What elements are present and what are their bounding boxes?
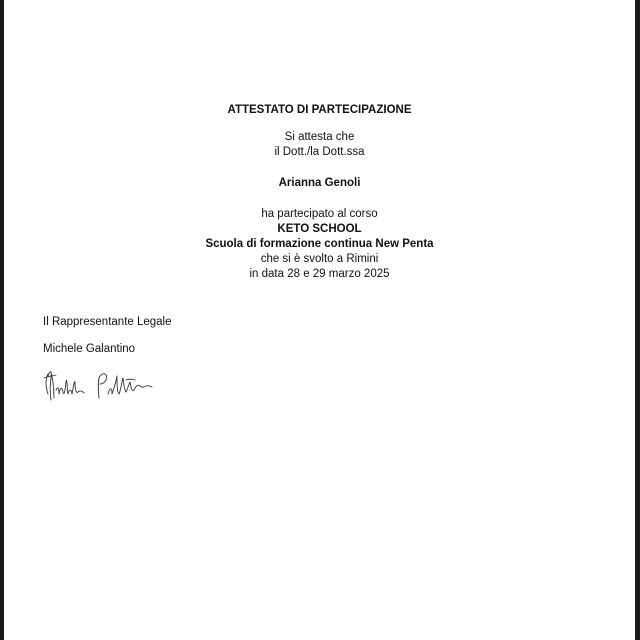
certificate-title: ATTESTATO DI PARTECIPAZIONE <box>4 103 635 118</box>
intro-line-2: il Dott./la Dott.ssa <box>4 145 635 160</box>
intro-line-1: Si attesta che <box>4 130 635 145</box>
course-intro: ha partecipato al corso <box>4 207 635 222</box>
signature-icon <box>42 362 157 407</box>
participant-name: Arianna Genoli <box>4 176 635 191</box>
signatory-name: Michele Galantino <box>43 342 135 357</box>
certificate-page: ATTESTATO DI PARTECIPAZIONE Si attesta c… <box>4 0 635 640</box>
course-school: Scuola di formazione continua New Penta <box>4 237 635 252</box>
signatory-role: Il Rappresentante Legale <box>43 315 172 330</box>
location-line: che si è svolto a Rimini <box>4 252 635 267</box>
date-line: in data 28 e 29 marzo 2025 <box>4 267 635 282</box>
course-name: KETO SCHOOL <box>4 222 635 237</box>
